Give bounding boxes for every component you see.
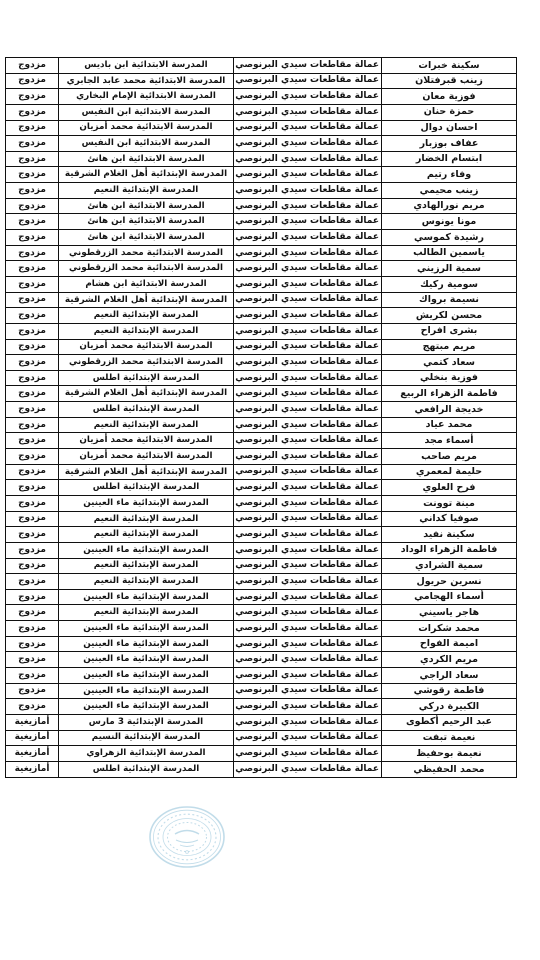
- teacher-name-cell: مريم نورالهادي: [382, 198, 517, 214]
- school-cell: المدرسة الإبتدائية اطلس: [59, 402, 234, 418]
- teacher-name-cell: احسان دوال: [382, 120, 517, 136]
- table-row: محمد عياد عمالة مقاطعات سيدي البرنوصي ال…: [6, 417, 517, 433]
- teacher-name-cell: محسن لكريش: [382, 308, 517, 324]
- table-row: سمية الرزيني عمالة مقاطعات سيدي البرنوصي…: [6, 261, 517, 277]
- teacher-name-cell: نعيمة تبفت: [382, 730, 517, 746]
- table-row: صوفيا كداني عمالة مقاطعات سيدي البرنوصي …: [6, 511, 517, 527]
- district-cell: عمالة مقاطعات سيدي البرنوصي: [234, 323, 382, 339]
- language-cell: مزدوج: [6, 120, 59, 136]
- table-row: عفاف بوزبار عمالة مقاطعات سيدي البرنوصي …: [6, 136, 517, 152]
- school-cell: المدرسة الإبتدائية ماء العينين: [59, 495, 234, 511]
- school-cell: المدرسة الإبتدائية ماء العينين: [59, 652, 234, 668]
- table-row: ياسمين الطالب عمالة مقاطعات سيدي البرنوص…: [6, 245, 517, 261]
- table-row: حمزة حنان عمالة مقاطعات سيدي البرنوصي ال…: [6, 104, 517, 120]
- teacher-name-cell: مريم مبتهج: [382, 339, 517, 355]
- teacher-name-cell: ياسمين الطالب: [382, 245, 517, 261]
- school-cell: المدرسة الابتدائية محمد أمزيان: [59, 433, 234, 449]
- school-cell: المدرسة الإبتدائية اطلس: [59, 370, 234, 386]
- teacher-name-cell: أسماء مجد: [382, 433, 517, 449]
- assignment-table: سكينة خبرات عمالة مقاطعات سيدي البرنوصي …: [5, 57, 517, 778]
- teacher-name-cell: سكينة نفيد: [382, 527, 517, 543]
- teacher-name-cell: هاجر ياسيني: [382, 605, 517, 621]
- school-cell: المدرسة الابتدائية ابن هانئ: [59, 230, 234, 246]
- table-row: ابتسام الخضار عمالة مقاطعات سيدي البرنوص…: [6, 151, 517, 167]
- district-cell: عمالة مقاطعات سيدي البرنوصي: [234, 699, 382, 715]
- language-cell: مزدوج: [6, 433, 59, 449]
- district-cell: عمالة مقاطعات سيدي البرنوصي: [234, 511, 382, 527]
- table-row: محمد شكرات عمالة مقاطعات سيدي البرنوصي ا…: [6, 621, 517, 637]
- table-row: فاطمة الزهراء الوداد عمالة مقاطعات سيدي …: [6, 542, 517, 558]
- language-cell: مزدوج: [6, 480, 59, 496]
- language-cell: مزدوج: [6, 292, 59, 308]
- table-row: فوزية معان عمالة مقاطعات سيدي البرنوصي ا…: [6, 89, 517, 105]
- school-cell: المدرسة الابتدائية محمد أمزيان: [59, 120, 234, 136]
- teacher-name-cell: فاطمة الزهراء الربيع: [382, 386, 517, 402]
- district-cell: عمالة مقاطعات سيدي البرنوصي: [234, 245, 382, 261]
- district-cell: عمالة مقاطعات سيدي البرنوصي: [234, 605, 382, 621]
- language-cell: مزدوج: [6, 355, 59, 371]
- teacher-name-cell: نسرين حريول: [382, 574, 517, 590]
- language-cell: مزدوج: [6, 511, 59, 527]
- school-cell: المدرسة الإبتدائية 3 مارس: [59, 714, 234, 730]
- language-cell: مزدوج: [6, 183, 59, 199]
- table-row: احسان دوال عمالة مقاطعات سيدي البرنوصي ا…: [6, 120, 517, 136]
- language-cell: مزدوج: [6, 151, 59, 167]
- district-cell: عمالة مقاطعات سيدي البرنوصي: [234, 58, 382, 74]
- school-cell: المدرسة الابتدائية محمد الزرقطوني: [59, 261, 234, 277]
- district-cell: عمالة مقاطعات سيدي البرنوصي: [234, 167, 382, 183]
- language-cell: مزدوج: [6, 276, 59, 292]
- table-row: نسيمة برواك عمالة مقاطعات سيدي البرنوصي …: [6, 292, 517, 308]
- language-cell: مزدوج: [6, 104, 59, 120]
- district-cell: عمالة مقاطعات سيدي البرنوصي: [234, 151, 382, 167]
- language-cell: مزدوج: [6, 308, 59, 324]
- language-cell: مزدوج: [6, 574, 59, 590]
- school-cell: المدرسة الإبتدائية النعيم: [59, 308, 234, 324]
- district-cell: عمالة مقاطعات سيدي البرنوصي: [234, 230, 382, 246]
- table-row: فوزية بنخلي عمالة مقاطعات سيدي البرنوصي …: [6, 370, 517, 386]
- language-cell: مزدوج: [6, 323, 59, 339]
- language-cell: مزدوج: [6, 449, 59, 465]
- teacher-name-cell: فرح العلوي: [382, 480, 517, 496]
- table-row: أسماء الهجامي عمالة مقاطعات سيدي البرنوص…: [6, 589, 517, 605]
- school-cell: المدرسة الابتدائية ابن باديس: [59, 58, 234, 74]
- district-cell: عمالة مقاطعات سيدي البرنوصي: [234, 136, 382, 152]
- district-cell: عمالة مقاطعات سيدي البرنوصي: [234, 292, 382, 308]
- district-cell: عمالة مقاطعات سيدي البرنوصي: [234, 104, 382, 120]
- school-cell: المدرسة الابتدائية ابن النفيس: [59, 136, 234, 152]
- table-row: مينة توونت عمالة مقاطعات سيدي البرنوصي ا…: [6, 495, 517, 511]
- teacher-name-cell: مونا يونوس: [382, 214, 517, 230]
- table-row: زينب محيمي عمالة مقاطعات سيدي البرنوصي ا…: [6, 183, 517, 199]
- language-cell: مزدوج: [6, 495, 59, 511]
- language-cell: مزدوج: [6, 683, 59, 699]
- teacher-name-cell: فاطمة رقوشي: [382, 683, 517, 699]
- district-cell: عمالة مقاطعات سيدي البرنوصي: [234, 433, 382, 449]
- school-cell: المدرسة الابتدائية ابن النفيس: [59, 104, 234, 120]
- district-cell: عمالة مقاطعات سيدي البرنوصي: [234, 558, 382, 574]
- district-cell: عمالة مقاطعات سيدي البرنوصي: [234, 714, 382, 730]
- table-row: أسماء مجد عمالة مقاطعات سيدي البرنوصي ال…: [6, 433, 517, 449]
- district-cell: عمالة مقاطعات سيدي البرنوصي: [234, 214, 382, 230]
- table-row: زينب قبرفتلان عمالة مقاطعات سيدي البرنوص…: [6, 73, 517, 89]
- language-cell: مزدوج: [6, 230, 59, 246]
- language-cell: أمازيغية: [6, 746, 59, 762]
- teacher-name-cell: صوفيا كداني: [382, 511, 517, 527]
- table-row: نسرين حريول عمالة مقاطعات سيدي البرنوصي …: [6, 574, 517, 590]
- teacher-name-cell: سومية ركيك: [382, 276, 517, 292]
- district-cell: عمالة مقاطعات سيدي البرنوصي: [234, 527, 382, 543]
- table-row: خديجة الرافعي عمالة مقاطعات سيدي البرنوص…: [6, 402, 517, 418]
- school-cell: المدرسة الابتدائية الإمام البخاري: [59, 89, 234, 105]
- table-row: سومية ركيك عمالة مقاطعات سيدي البرنوصي ا…: [6, 276, 517, 292]
- language-cell: مزدوج: [6, 245, 59, 261]
- assignment-table-body: سكينة خبرات عمالة مقاطعات سيدي البرنوصي …: [6, 58, 517, 778]
- school-cell: المدرسة الإبتدائية أهل الغلام الشرقية: [59, 464, 234, 480]
- table-row: عبد الرحيم أكطوى عمالة مقاطعات سيدي البر…: [6, 714, 517, 730]
- table-row: هاجر ياسيني عمالة مقاطعات سيدي البرنوصي …: [6, 605, 517, 621]
- school-cell: المدرسة الإبتدائية اطلس: [59, 761, 234, 777]
- table-row: فاطمة رقوشي عمالة مقاطعات سيدي البرنوصي …: [6, 683, 517, 699]
- language-cell: مزدوج: [6, 198, 59, 214]
- table-row: سكينة نفيد عمالة مقاطعات سيدي البرنوصي ا…: [6, 527, 517, 543]
- district-cell: عمالة مقاطعات سيدي البرنوصي: [234, 480, 382, 496]
- teacher-name-cell: الكبيرة دركي: [382, 699, 517, 715]
- language-cell: مزدوج: [6, 527, 59, 543]
- district-cell: عمالة مقاطعات سيدي البرنوصي: [234, 730, 382, 746]
- district-cell: عمالة مقاطعات سيدي البرنوصي: [234, 120, 382, 136]
- table-row: محمد الحفيظي عمالة مقاطعات سيدي البرنوصي…: [6, 761, 517, 777]
- table-row: اميمة الفواح عمالة مقاطعات سيدي البرنوصي…: [6, 636, 517, 652]
- language-cell: مزدوج: [6, 370, 59, 386]
- language-cell: مزدوج: [6, 261, 59, 277]
- teacher-name-cell: مريم الكردي: [382, 652, 517, 668]
- teacher-name-cell: اميمة الفواح: [382, 636, 517, 652]
- district-cell: عمالة مقاطعات سيدي البرنوصي: [234, 574, 382, 590]
- language-cell: مزدوج: [6, 605, 59, 621]
- district-cell: عمالة مقاطعات سيدي البرنوصي: [234, 73, 382, 89]
- language-cell: مزدوج: [6, 73, 59, 89]
- district-cell: عمالة مقاطعات سيدي البرنوصي: [234, 339, 382, 355]
- school-cell: المدرسة الابتدائية محمد الزرقطوني: [59, 355, 234, 371]
- school-cell: المدرسة الابتدائية محمد الزرقطوني: [59, 245, 234, 261]
- teacher-name-cell: حليمة لمعمري: [382, 464, 517, 480]
- teacher-name-cell: بشرى افراح: [382, 323, 517, 339]
- district-cell: عمالة مقاطعات سيدي البرنوصي: [234, 495, 382, 511]
- language-cell: مزدوج: [6, 699, 59, 715]
- school-cell: المدرسة الإبتدائية ماء العينين: [59, 636, 234, 652]
- teacher-name-cell: ابتسام الخضار: [382, 151, 517, 167]
- teacher-name-cell: حمزة حنان: [382, 104, 517, 120]
- teacher-name-cell: زينب محيمي: [382, 183, 517, 199]
- district-cell: عمالة مقاطعات سيدي البرنوصي: [234, 746, 382, 762]
- district-cell: عمالة مقاطعات سيدي البرنوصي: [234, 198, 382, 214]
- district-cell: عمالة مقاطعات سيدي البرنوصي: [234, 761, 382, 777]
- teacher-name-cell: وفاء رتيم: [382, 167, 517, 183]
- district-cell: عمالة مقاطعات سيدي البرنوصي: [234, 589, 382, 605]
- school-cell: المدرسة الإبتدائية ماء العينين: [59, 683, 234, 699]
- school-cell: المدرسة الإبتدائية أهل الغلام الشرقية: [59, 292, 234, 308]
- school-cell: المدرسة الإبتدائية النعيم: [59, 323, 234, 339]
- school-cell: المدرسة الإبتدائية ماء العينين: [59, 667, 234, 683]
- language-cell: مزدوج: [6, 589, 59, 605]
- district-cell: عمالة مقاطعات سيدي البرنوصي: [234, 261, 382, 277]
- school-cell: المدرسة الابتدائية ابن هانئ: [59, 214, 234, 230]
- school-cell: المدرسة الإبتدائية النعيم: [59, 183, 234, 199]
- district-cell: عمالة مقاطعات سيدي البرنوصي: [234, 449, 382, 465]
- school-cell: المدرسة الإبتدائية النعيم: [59, 527, 234, 543]
- district-cell: عمالة مقاطعات سيدي البرنوصي: [234, 183, 382, 199]
- language-cell: مزدوج: [6, 667, 59, 683]
- teacher-name-cell: فوزية معان: [382, 89, 517, 105]
- teacher-name-cell: سعاد كتمي: [382, 355, 517, 371]
- school-cell: المدرسة الابتدائية ابن هانئ: [59, 198, 234, 214]
- teacher-name-cell: رشيدة كموسي: [382, 230, 517, 246]
- table-row: رشيدة كموسي عمالة مقاطعات سيدي البرنوصي …: [6, 230, 517, 246]
- language-cell: مزدوج: [6, 167, 59, 183]
- school-cell: المدرسة الإبتدائية ماء العينين: [59, 589, 234, 605]
- table-row: حليمة لمعمري عمالة مقاطعات سيدي البرنوصي…: [6, 464, 517, 480]
- school-cell: المدرسة الإبتدائية اطلس: [59, 480, 234, 496]
- teacher-name-cell: خديجة الرافعي: [382, 402, 517, 418]
- teacher-name-cell: نسيمة برواك: [382, 292, 517, 308]
- table-row: سمية الشرادي عمالة مقاطعات سيدي البرنوصي…: [6, 558, 517, 574]
- school-cell: المدرسة الابتدائية محمد عابد الجابري: [59, 73, 234, 89]
- teacher-name-cell: عبد الرحيم أكطوى: [382, 714, 517, 730]
- school-cell: المدرسة الابتدائية ابن هشام: [59, 276, 234, 292]
- district-cell: عمالة مقاطعات سيدي البرنوصي: [234, 683, 382, 699]
- school-cell: المدرسة الإبتدائية النعيم: [59, 605, 234, 621]
- school-cell: المدرسة الإبتدائية النسيم: [59, 730, 234, 746]
- teacher-name-cell: زينب قبرفتلان: [382, 73, 517, 89]
- district-cell: عمالة مقاطعات سيدي البرنوصي: [234, 355, 382, 371]
- teacher-name-cell: فوزية بنخلي: [382, 370, 517, 386]
- school-cell: المدرسة الابتدائية محمد أمزيان: [59, 449, 234, 465]
- district-cell: عمالة مقاطعات سيدي البرنوصي: [234, 636, 382, 652]
- district-cell: عمالة مقاطعات سيدي البرنوصي: [234, 542, 382, 558]
- school-cell: المدرسة الإبتدائية أهل الغلام الشرقية: [59, 167, 234, 183]
- school-cell: المدرسة الإبتدائية النعيم: [59, 417, 234, 433]
- district-cell: عمالة مقاطعات سيدي البرنوصي: [234, 89, 382, 105]
- teacher-name-cell: مينة توونت: [382, 495, 517, 511]
- table-row: مريم صاحب عمالة مقاطعات سيدي البرنوصي ال…: [6, 449, 517, 465]
- table-row: مريم نورالهادي عمالة مقاطعات سيدي البرنو…: [6, 198, 517, 214]
- official-stamp-icon: [147, 804, 227, 870]
- language-cell: مزدوج: [6, 542, 59, 558]
- table-row: مريم مبتهج عمالة مقاطعات سيدي البرنوصي ا…: [6, 339, 517, 355]
- district-cell: عمالة مقاطعات سيدي البرنوصي: [234, 276, 382, 292]
- language-cell: مزدوج: [6, 652, 59, 668]
- table-row: فرح العلوي عمالة مقاطعات سيدي البرنوصي ا…: [6, 480, 517, 496]
- district-cell: عمالة مقاطعات سيدي البرنوصي: [234, 417, 382, 433]
- scanned-document-page: { "document": { "language": "ar", "direc…: [0, 0, 540, 960]
- language-cell: مزدوج: [6, 386, 59, 402]
- school-cell: المدرسة الابتدائية ابن هانئ: [59, 151, 234, 167]
- table-row: سعاد كتمي عمالة مقاطعات سيدي البرنوصي ال…: [6, 355, 517, 371]
- teacher-name-cell: سعاد الراجي: [382, 667, 517, 683]
- language-cell: مزدوج: [6, 636, 59, 652]
- teacher-name-cell: محمد عياد: [382, 417, 517, 433]
- teacher-name-cell: محمد شكرات: [382, 621, 517, 637]
- district-cell: عمالة مقاطعات سيدي البرنوصي: [234, 621, 382, 637]
- school-cell: المدرسة الإبتدائية النعيم: [59, 558, 234, 574]
- school-cell: المدرسة الإبتدائية الزهراوي: [59, 746, 234, 762]
- school-cell: المدرسة الإبتدائية النعيم: [59, 574, 234, 590]
- table-row: مريم الكردي عمالة مقاطعات سيدي البرنوصي …: [6, 652, 517, 668]
- table-row: سعاد الراجي عمالة مقاطعات سيدي البرنوصي …: [6, 667, 517, 683]
- district-cell: عمالة مقاطعات سيدي البرنوصي: [234, 667, 382, 683]
- language-cell: مزدوج: [6, 136, 59, 152]
- school-cell: المدرسة الابتدائية محمد أمزيان: [59, 339, 234, 355]
- teacher-name-cell: مريم صاحب: [382, 449, 517, 465]
- district-cell: عمالة مقاطعات سيدي البرنوصي: [234, 464, 382, 480]
- teacher-name-cell: سكينة خبرات: [382, 58, 517, 74]
- language-cell: أمازيغية: [6, 714, 59, 730]
- language-cell: مزدوج: [6, 89, 59, 105]
- language-cell: مزدوج: [6, 558, 59, 574]
- school-cell: المدرسة الإبتدائية أهل الغلام الشرقية: [59, 386, 234, 402]
- table-row: نعيمة تبفت عمالة مقاطعات سيدي البرنوصي ا…: [6, 730, 517, 746]
- teacher-name-cell: محمد الحفيظي: [382, 761, 517, 777]
- teacher-name-cell: عفاف بوزبار: [382, 136, 517, 152]
- school-cell: المدرسة الإبتدائية ماء العينين: [59, 699, 234, 715]
- language-cell: مزدوج: [6, 58, 59, 74]
- language-cell: مزدوج: [6, 339, 59, 355]
- language-cell: أمازيغية: [6, 730, 59, 746]
- language-cell: أمازيغية: [6, 761, 59, 777]
- table-row: فاطمة الزهراء الربيع عمالة مقاطعات سيدي …: [6, 386, 517, 402]
- table-row: محسن لكريش عمالة مقاطعات سيدي البرنوصي ا…: [6, 308, 517, 324]
- assignment-table-container: سكينة خبرات عمالة مقاطعات سيدي البرنوصي …: [18, 57, 517, 778]
- district-cell: عمالة مقاطعات سيدي البرنوصي: [234, 370, 382, 386]
- teacher-name-cell: أسماء الهجامي: [382, 589, 517, 605]
- district-cell: عمالة مقاطعات سيدي البرنوصي: [234, 308, 382, 324]
- table-row: نعيمة بوحفيظ عمالة مقاطعات سيدي البرنوصي…: [6, 746, 517, 762]
- district-cell: عمالة مقاطعات سيدي البرنوصي: [234, 402, 382, 418]
- teacher-name-cell: سمية الشرادي: [382, 558, 517, 574]
- teacher-name-cell: فاطمة الزهراء الوداد: [382, 542, 517, 558]
- table-row: الكبيرة دركي عمالة مقاطعات سيدي البرنوصي…: [6, 699, 517, 715]
- district-cell: عمالة مقاطعات سيدي البرنوصي: [234, 652, 382, 668]
- language-cell: مزدوج: [6, 402, 59, 418]
- language-cell: مزدوج: [6, 464, 59, 480]
- table-row: سكينة خبرات عمالة مقاطعات سيدي البرنوصي …: [6, 58, 517, 74]
- table-row: مونا يونوس عمالة مقاطعات سيدي البرنوصي ا…: [6, 214, 517, 230]
- table-row: وفاء رتيم عمالة مقاطعات سيدي البرنوصي ال…: [6, 167, 517, 183]
- school-cell: المدرسة الإبتدائية ماء العينين: [59, 542, 234, 558]
- language-cell: مزدوج: [6, 621, 59, 637]
- teacher-name-cell: سمية الرزيني: [382, 261, 517, 277]
- teacher-name-cell: نعيمة بوحفيظ: [382, 746, 517, 762]
- school-cell: المدرسة الإبتدائية النعيم: [59, 511, 234, 527]
- language-cell: مزدوج: [6, 417, 59, 433]
- district-cell: عمالة مقاطعات سيدي البرنوصي: [234, 386, 382, 402]
- school-cell: المدرسة الإبتدائية ماء العينين: [59, 621, 234, 637]
- table-row: بشرى افراح عمالة مقاطعات سيدي البرنوصي ا…: [6, 323, 517, 339]
- language-cell: مزدوج: [6, 214, 59, 230]
